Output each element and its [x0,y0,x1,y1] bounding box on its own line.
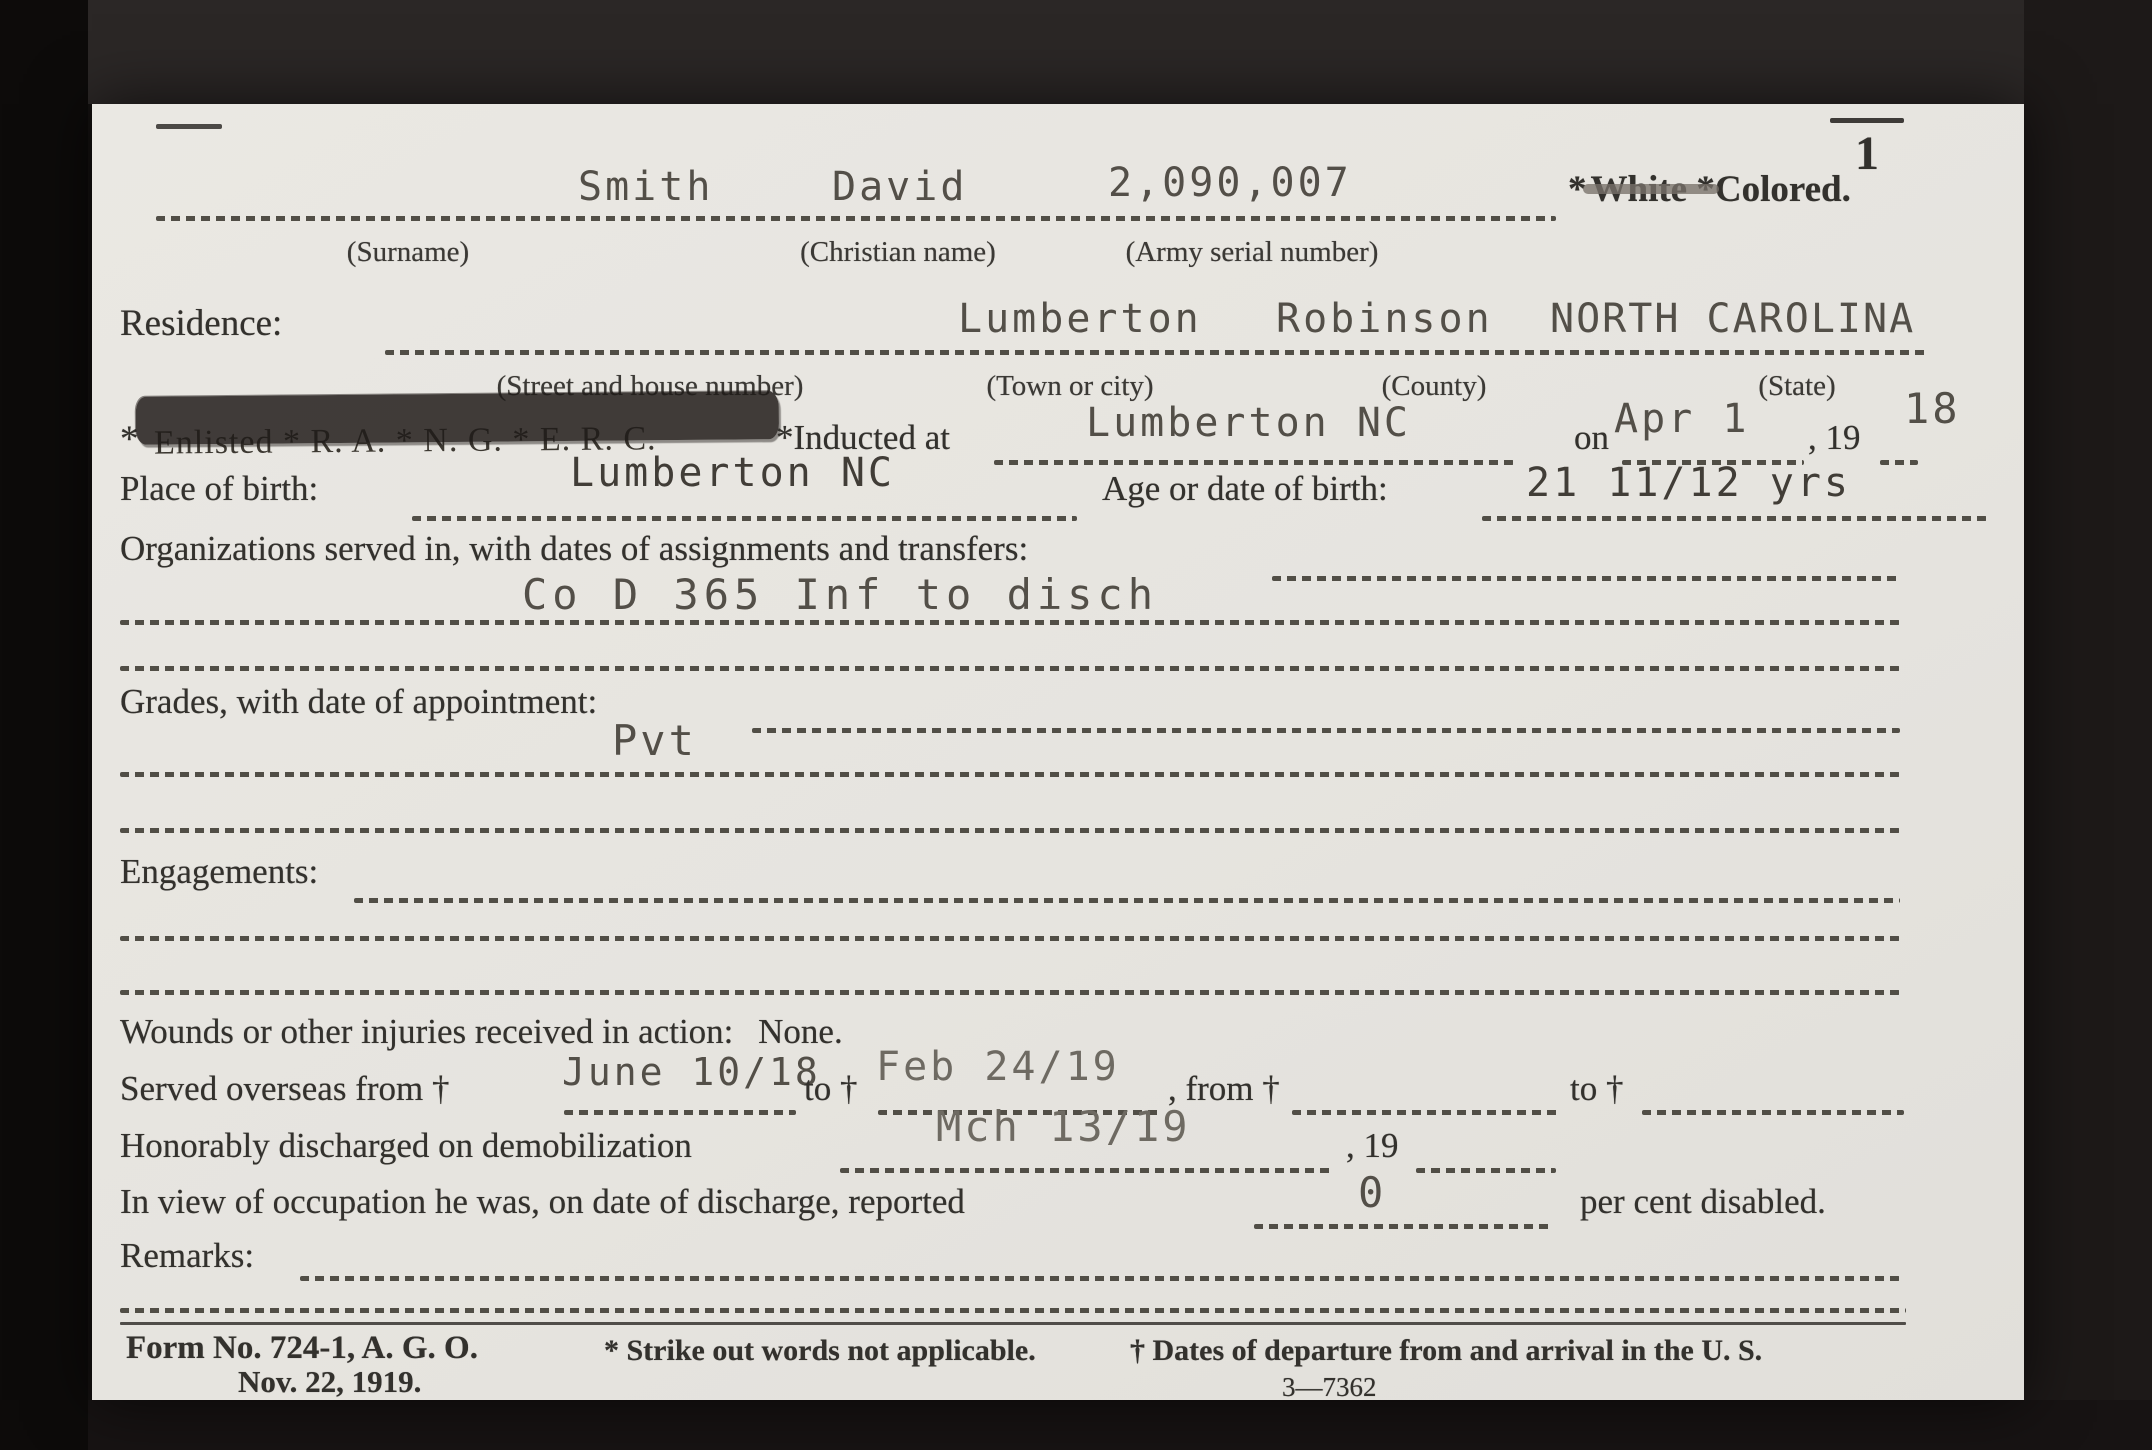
organizations-blank-line-2 [120,666,1900,671]
year-dotted-line [1880,460,1918,465]
place-of-birth-dotted-line [412,516,1077,521]
discharge-date-value: Mch 13/19 [936,1102,1191,1151]
scanned-document-page: 1 Smith David 2,090,007 *White *Colored.… [0,0,2152,1450]
redaction-ink-bar [136,391,779,445]
service-record-card: 1 Smith David 2,090,007 *White *Colored.… [92,104,2024,1400]
age-dotted-line [1482,516,1987,521]
overseas-from-dotted-line [564,1110,796,1115]
organizations-dotted-line [1272,576,1900,581]
form-number: Form No. 724-1, A. G. O. [126,1330,478,1367]
grades-label: Grades, with date of appointment: [120,682,597,722]
army-serial-number-value: 2,090,007 [1108,160,1352,206]
town-label: (Town or city) [920,370,1220,403]
form-date: Nov. 22, 1919. [238,1364,421,1400]
residence-county-value: Robinson [1276,296,1493,342]
christian-name-label: (Christian name) [738,236,1058,269]
engagements-blank-line-1 [120,936,1900,941]
residence-label: Residence: [120,302,282,345]
organizations-blank-line-1 [120,620,1900,625]
year-19-label: , 19 [1808,418,1861,458]
scan-background-top [88,0,2152,104]
wounds-label: Wounds or other injuries received in act… [120,1012,733,1051]
induction-year-value: 18 [1904,384,1961,433]
overseas-to-label: to † [804,1069,857,1109]
age-label: Age or date of birth: [1102,469,1388,509]
inducted-place-value: Lumberton NC [1086,400,1411,446]
engagements-dotted-line [354,898,1900,903]
overseas-to2-label: to † [1570,1069,1623,1109]
inducted-place-dotted-line [994,460,1514,465]
serial-number-label: (Army serial number) [1082,236,1422,269]
wounds-value: None. [758,1012,843,1051]
bottom-dotted-rule [120,1308,1906,1313]
disability-label: In view of occupation he was, on date of… [120,1182,965,1222]
overseas-to-value: Feb 24/19 [876,1044,1120,1090]
residence-town-value: Lumberton [958,296,1202,342]
name-dotted-line [156,216,1556,221]
engagements-blank-line-2 [120,990,1900,995]
race-options-line: *White *Colored. [1568,168,1851,211]
race-option-struck: White * [1591,168,1715,211]
age-value: 21 11/12 yrs [1526,460,1851,506]
induction-date-value: Apr 1 [1614,396,1749,442]
place-of-birth-label: Place of birth: [120,469,318,509]
grades-value: Pvt [612,716,697,765]
disability-suffix-label: per cent disabled. [1580,1182,1826,1222]
organizations-label: Organizations served in, with dates of a… [120,529,1028,569]
disability-dotted-line [1254,1224,1554,1229]
top-left-dash-mark [156,124,222,129]
organizations-value: Co D 365 Inf to disch [522,570,1158,619]
county-label: (County) [1284,370,1584,403]
strike-out-note: * Strike out words not applicable. [604,1334,1036,1368]
print-code: 3—7362 [1282,1372,1377,1403]
overseas-from-value: June 10/18 [562,1050,821,1094]
overseas-to2-dotted-line [1642,1110,1904,1115]
discharge-year-label: , 19 [1346,1126,1399,1166]
on-label: on [1574,418,1609,458]
grades-blank-line-2 [120,828,1900,833]
dagger-note: † Dates of departure from and arrival in… [1130,1334,1762,1368]
overseas-from2-dotted-line [1292,1110,1558,1115]
wounds-line: Wounds or other injuries received in act… [120,1012,843,1052]
scan-background-bottom [88,1400,2152,1450]
christian-name-value: David [832,164,967,210]
discharge-dotted-line [840,1168,1332,1173]
grades-blank-line-1 [120,772,1900,777]
residence-dotted-line [385,350,1930,355]
grades-dotted-line [752,728,1900,733]
surname-label: (Surname) [258,236,558,269]
race-option-kept: Colored. [1715,169,1851,210]
surname-value: Smith [578,164,713,210]
page-number-rule [1830,118,1904,123]
overseas-from-label: Served overseas from † [120,1069,449,1109]
discharge-label: Honorably discharged on demobilization [120,1126,692,1166]
engagements-label: Engagements: [120,852,318,892]
residence-state-value: NORTH CAROLINA [1550,296,1915,342]
remarks-label: Remarks: [120,1236,254,1276]
bottom-solid-rule [120,1322,1906,1325]
discharge-year-dotted-line [1416,1168,1556,1173]
disability-percent-value: 0 [1358,1168,1386,1217]
place-of-birth-value: Lumberton NC [570,450,895,496]
remarks-dotted-line [300,1276,1900,1281]
scan-background-left [0,0,88,1450]
scan-background-right [2024,0,2152,1450]
